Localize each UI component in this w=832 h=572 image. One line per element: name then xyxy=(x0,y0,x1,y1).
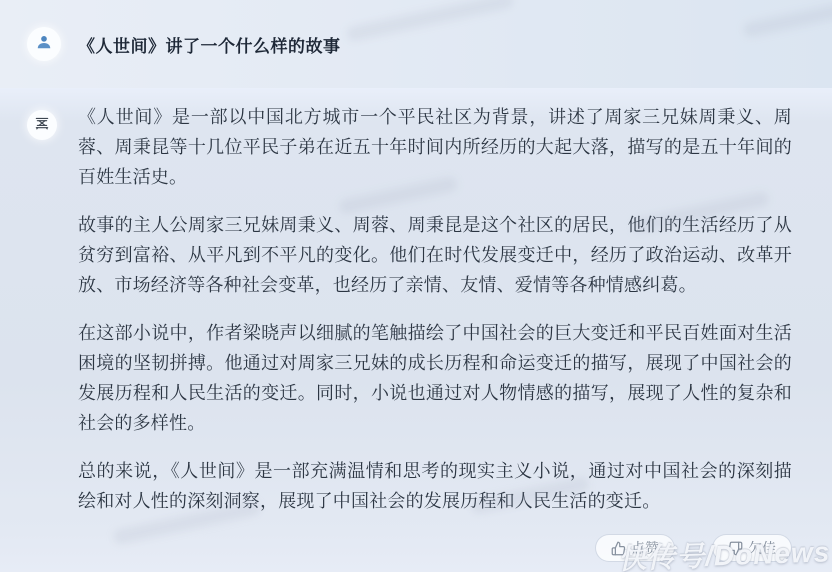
chat-answer-card: 《人世间》讲了一个什么样的故事 《人世间》是一部以中国北方城市一个平民社区为背景… xyxy=(0,0,832,572)
answer-paragraph: 总的来说，《人世间》是一部充满温情和思考的现实主义小说，通过对中国社会的深刻描绘… xyxy=(78,456,792,516)
user-icon xyxy=(34,32,54,57)
user-avatar xyxy=(27,27,61,61)
assistant-logo-icon xyxy=(32,113,52,138)
answer-paragraph: 在这部小说中，作者梁晓声以细腻的笔触描绘了中国社会的巨大变迁和平民百姓面对生活困… xyxy=(78,318,792,438)
answer-section: 《人世间》是一部以中国北方城市一个平民社区为背景，讲述了周家三兄妹周秉义、周蓉、… xyxy=(0,88,832,572)
brand-watermark: 快传号/DoNews xyxy=(617,530,831,572)
question-section: 《人世间》讲了一个什么样的故事 xyxy=(0,0,832,88)
answer-paragraph: 故事的主人公周家三兄妹周秉义、周蓉、周秉昆是这个社区的居民，他们的生活经历了从贫… xyxy=(78,210,792,300)
assistant-avatar xyxy=(27,110,57,140)
answer-body: 《人世间》是一部以中国北方城市一个平民社区为背景，讲述了周家三兄妹周秉义、周蓉、… xyxy=(78,102,792,562)
question-text: 《人世间》讲了一个什么样的故事 xyxy=(78,32,341,57)
answer-paragraph: 《人世间》是一部以中国北方城市一个平民社区为背景，讲述了周家三兄妹周秉义、周蓉、… xyxy=(78,102,792,192)
